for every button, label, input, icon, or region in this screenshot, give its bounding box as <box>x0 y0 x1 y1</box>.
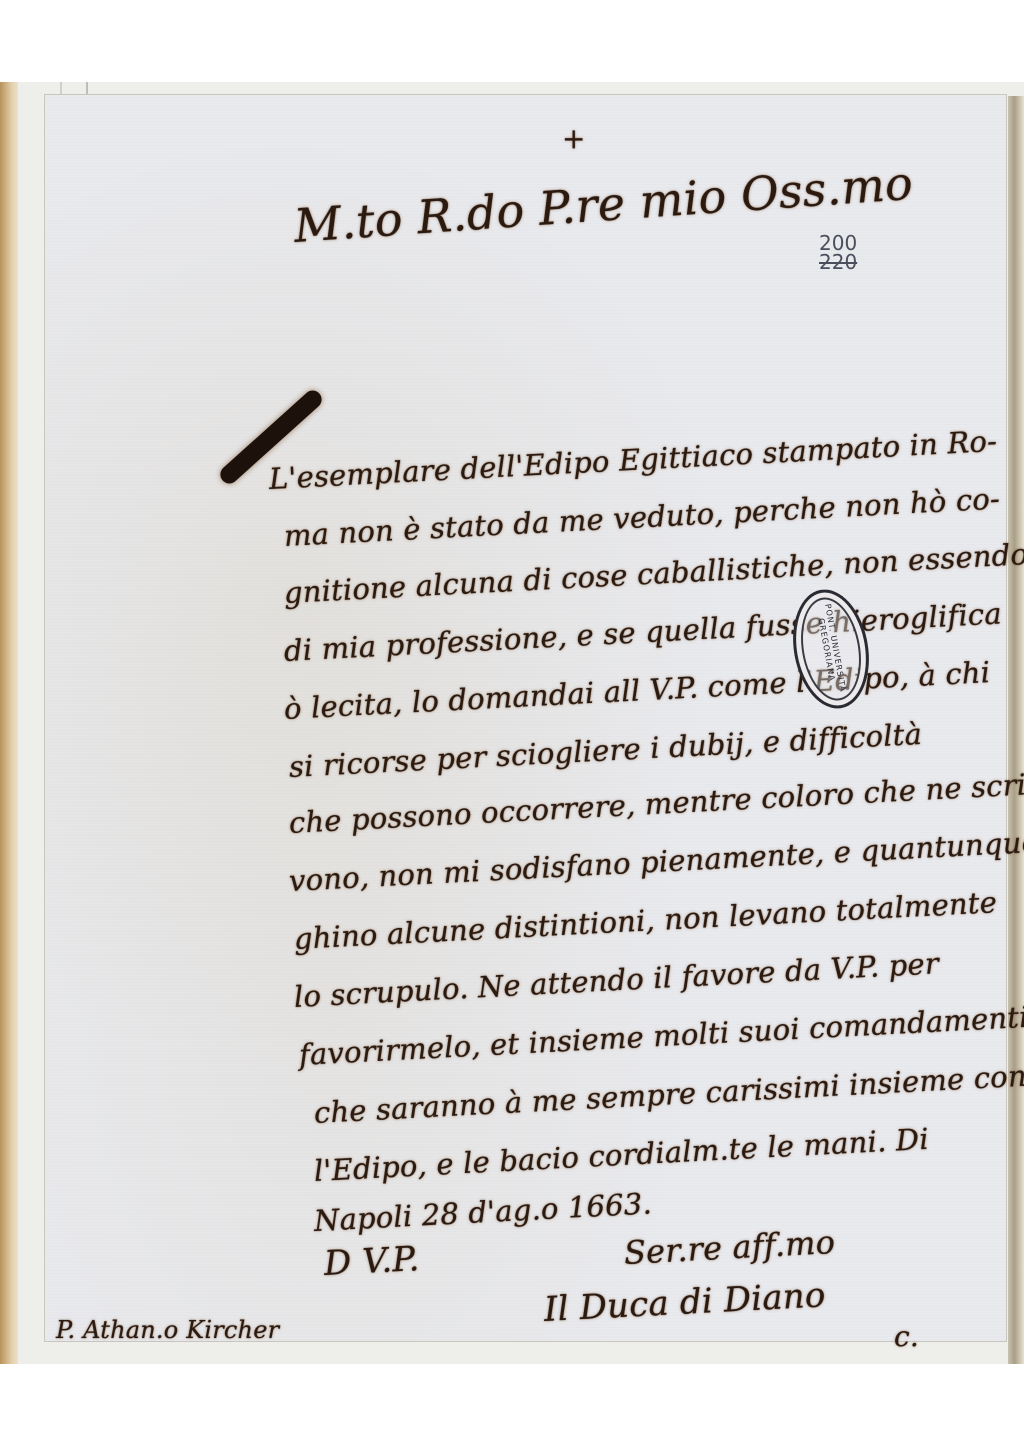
body-line: si ricorse per sciogliere i dubij, e dif… <box>288 717 923 784</box>
stamp-text: PONT. UNIVERSITÀ GREGORIANA <box>812 591 850 706</box>
signature-flourish: c. <box>894 1320 919 1353</box>
body-line: lo scrupulo. Ne attendo il favore da V.P… <box>293 946 940 1014</box>
binding-edge <box>0 82 20 1364</box>
document-scan: + M.to R.do P.re mio Oss.mo 200 220 L'es… <box>0 82 1024 1364</box>
body-line: che saranno à me sempre carissimi insiem… <box>313 1059 1024 1130</box>
body-line: l'Edipo, e le bacio cordialm.te le mani.… <box>313 1122 929 1188</box>
valediction: Ser.re aff.mo <box>623 1223 836 1272</box>
body-line: ò lecita, lo domandai all V.P. come l'Ed… <box>283 655 991 726</box>
body-line: ghino alcune distintioni, non levano tot… <box>293 885 998 956</box>
place-date: Napoli 28 d'ag.o 1663. <box>313 1186 653 1238</box>
right-page-edge <box>1008 96 1024 1364</box>
letter-sheet: + M.to R.do P.re mio Oss.mo 200 220 L'es… <box>44 94 1007 1342</box>
signature: Il Duca di Diano <box>543 1275 827 1330</box>
body-line: favorirmelo, et insieme molti suoi coman… <box>298 1000 1024 1072</box>
closing-abbreviation: D V.P. <box>323 1239 420 1284</box>
body-line: di mia professione, e se quella fusse hi… <box>283 596 1002 668</box>
cross-mark: + <box>562 122 586 155</box>
body-line: ma non è stato da me veduto, perche non … <box>283 482 1001 553</box>
folio-struck: 220 <box>819 253 857 272</box>
body-line: gnitione alcuna di cose caballistiche, n… <box>283 537 1024 610</box>
body-line: L'esemplare dell'Edipo Egittiaco stampat… <box>268 424 998 496</box>
folio-number: 200 220 <box>819 234 857 272</box>
bleed-through-text <box>243 304 250 322</box>
addressee-note: P. Athan.o Kircher <box>56 1316 279 1344</box>
